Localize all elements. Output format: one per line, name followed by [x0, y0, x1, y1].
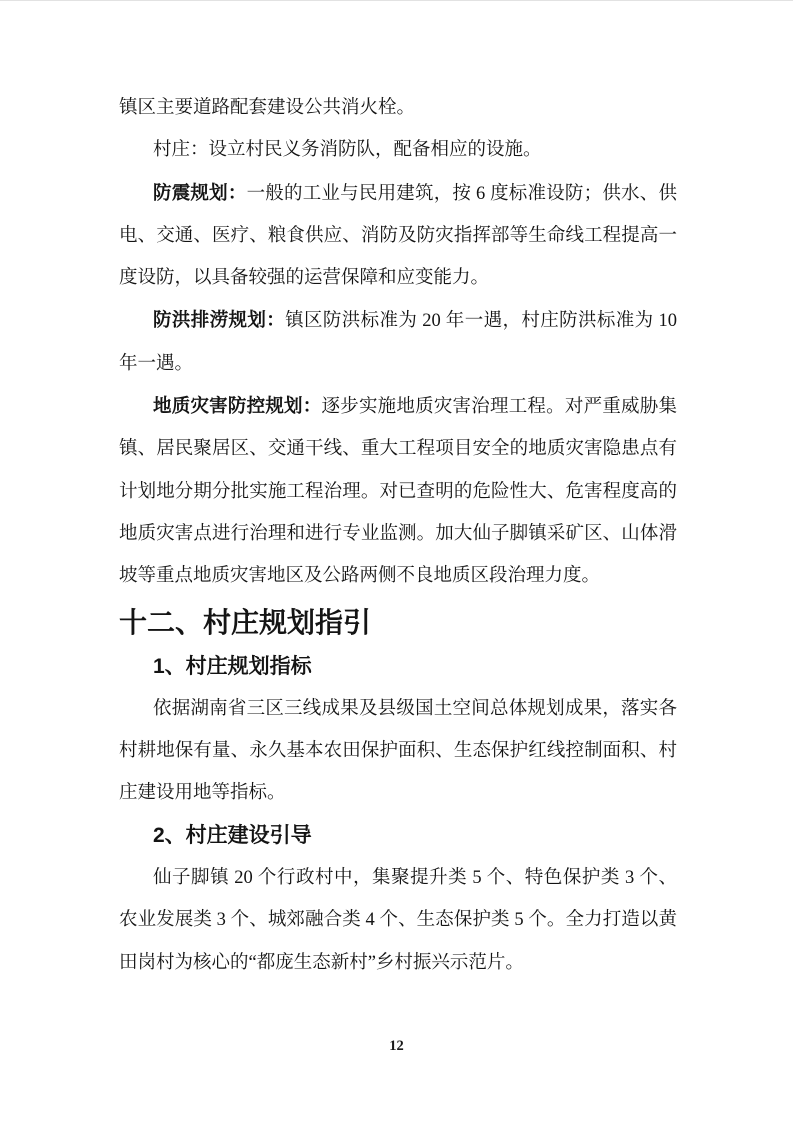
paragraph-text: 仙子脚镇 20 个行政村中，集聚提升类 5 个、特色保护类 3 个、农业发展类 …	[119, 868, 677, 973]
paragraph-flood-drainage-plan: 防洪排涝规划：镇区防洪标准为 20 年一遇，村庄防洪标准为 10 年一遇。	[119, 299, 677, 385]
paragraph-town-hydrant-tail: 镇区主要道路配套建设公共消火栓。	[119, 87, 677, 129]
page-number: 12	[0, 1038, 793, 1055]
paragraph-geohazard-plan: 地质灾害防控规划：逐步实施地质灾害治理工程。对严重威胁集镇、居民聚居区、交通干线…	[119, 385, 677, 597]
paragraph-village-indicators: 依据湖南省三区三线成果及县级国土空间总体规划成果，落实各村耕地保有量、永久基本农…	[119, 688, 677, 815]
paragraph-village-guidance: 仙子脚镇 20 个行政村中，集聚提升类 5 个、特色保护类 3 个、农业发展类 …	[119, 857, 677, 984]
paragraph-bold-label: 防洪排涝规划：	[153, 309, 285, 330]
document-page: 镇区主要道路配套建设公共消火栓。 村庄：设立村民义务消防队，配备相应的设施。 防…	[0, 0, 793, 1122]
paragraph-text: 镇区主要道路配套建设公共消火栓。	[119, 98, 415, 118]
section-heading-village-planning: 十二、村庄规划指引	[119, 600, 677, 646]
paragraph-bold-label: 防震规划：	[153, 182, 247, 203]
subsection-heading-village-indicators: 1、村庄规划指标	[119, 646, 677, 688]
paragraph-text: 村庄：设立村民义务消防队，配备相应的设施。	[153, 140, 542, 160]
document-content: 镇区主要道路配套建设公共消火栓。 村庄：设立村民义务消防队，配备相应的设施。 防…	[119, 87, 677, 984]
subsection-heading-village-guidance: 2、村庄建设引导	[119, 815, 677, 857]
paragraph-seismic-plan: 防震规划：一般的工业与民用建筑，按 6 度标准设防；供水、供电、交通、医疗、粮食…	[119, 172, 677, 300]
paragraph-text: 依据湖南省三区三线成果及县级国土空间总体规划成果，落实各村耕地保有量、永久基本农…	[119, 699, 677, 804]
paragraph-bold-label: 地质灾害防控规划：	[153, 395, 322, 416]
paragraph-village-fire: 村庄：设立村民义务消防队，配备相应的设施。	[119, 129, 677, 171]
paragraph-text: 逐步实施地质灾害治理工程。对严重威胁集镇、居民聚居区、交通干线、重大工程项目安全…	[119, 397, 677, 586]
